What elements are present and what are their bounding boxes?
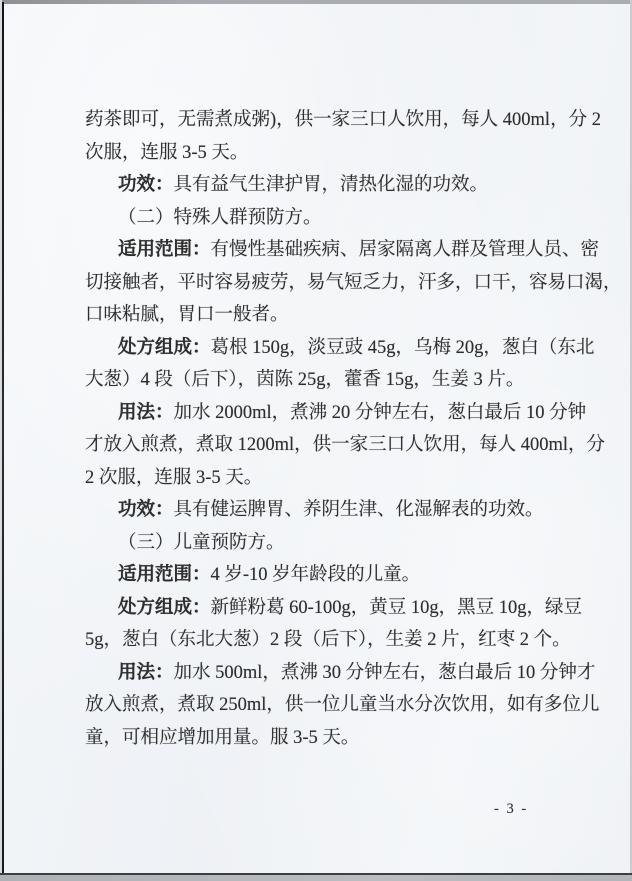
text-segment: 药茶即可，无需煮成粥)，供一家三口人饮用，每人 400ml，分 2 [85,110,601,130]
text-segment: 加水 2000ml，煮沸 20 分钟左右，葱白最后 10 分钟 [174,403,587,423]
document-line: 适用范围：4 岁-10 岁年龄段的儿童。 [85,559,558,592]
field-label: 适用范围： [118,240,211,260]
text-segment: 大葱）4 段（后下），茵陈 25g，藿香 15g，生姜 3 片。 [85,370,524,390]
scan-edge-bottom-band [0,875,632,881]
field-label: 用法： [118,403,174,423]
text-segment: 切接触者，平时容易疲劳，易气短乏力，汗多，口干，容易口渴， [85,273,622,293]
document-line: 次服，连服 3-5 天。 [85,137,558,170]
text-segment: 新鲜粉葛 60-100g，黄豆 10g，黑豆 10g，绿豆 [211,598,583,618]
text-segment: 5g，葱白（东北大葱）2 段（后下），生姜 2 片，红枣 2 个。 [85,630,571,650]
scanned-document-screenshot: 药茶即可，无需煮成粥)，供一家三口人饮用，每人 400ml，分 2次服，连服 3… [0,0,632,881]
text-segment: 放入煎煮，煮取 250ml，供一位儿童当水分次饮用，如有多位儿 [85,695,599,715]
text-segment: 口味粘腻，胃口一般者。 [85,305,289,325]
document-line: 5g，葱白（东北大葱）2 段（后下），生姜 2 片，红枣 2 个。 [85,624,558,657]
scan-spine-shadow-line [2,2,4,875]
field-label: 用法： [118,663,174,683]
document-line: 适用范围：有慢性基础疾病、居家隔离人群及管理人员、密 [85,234,558,267]
text-segment: 加水 500ml，煮沸 30 分钟左右，葱白最后 10 分钟才 [174,663,596,683]
document-line: 药茶即可，无需煮成粥)，供一家三口人饮用，每人 400ml，分 2 [85,104,558,137]
scan-edge-top [0,0,632,4]
paper-page: 药茶即可，无需煮成粥)，供一家三口人饮用，每人 400ml，分 2次服，连服 3… [0,0,632,875]
text-segment: 次服，连服 3-5 天。 [85,143,248,163]
document-line: 用法：加水 500ml，煮沸 30 分钟左右，葱白最后 10 分钟才 [85,657,558,690]
document-line: 大葱）4 段（后下），茵陈 25g，藿香 15g，生姜 3 片。 [85,364,558,397]
text-segment: 2 次服，连服 3-5 天。 [85,468,262,488]
document-line: 功效：具有健运脾胃、养阴生津、化湿解表的功效。 [85,494,558,527]
document-line: 切接触者，平时容易疲劳，易气短乏力，汗多，口干，容易口渴， [85,267,558,300]
text-segment: 童，可相应增加用量。服 3-5 天。 [85,728,359,748]
field-label: 功效： [118,175,174,195]
document-line: 功效：具有益气生津护胃，清热化湿的功效。 [85,169,558,202]
field-label: 适用范围： [118,565,211,585]
field-label: 处方组成： [118,338,211,358]
document-line: 口味粘腻，胃口一般者。 [85,299,558,332]
document-line: 处方组成：葛根 150g，淡豆豉 45g，乌梅 20g，葱白（东北 [85,332,558,365]
text-segment: 有慢性基础疾病、居家隔离人群及管理人员、密 [211,240,600,260]
document-line: 才放入煎煮，煮取 1200ml，供一家三口人饮用，每人 400ml，分 [85,429,558,462]
text-segment: 葛根 150g，淡豆豉 45g，乌梅 20g，葱白（东北 [211,338,595,358]
document-line: （三）儿童预防方。 [85,527,558,560]
document-body: 药茶即可，无需煮成粥)，供一家三口人饮用，每人 400ml，分 2次服，连服 3… [85,104,558,754]
text-segment: 4 岁-10 岁年龄段的儿童。 [211,565,421,585]
text-segment: 才放入煎煮，煮取 1200ml，供一家三口人饮用，每人 400ml，分 [85,435,605,455]
page-number: - 3 - [494,801,554,818]
field-label: 处方组成： [118,598,211,618]
text-segment: 具有益气生津护胃，清热化湿的功效。 [174,175,489,195]
document-line: （二）特殊人群预防方。 [85,202,558,235]
document-line: 处方组成：新鲜粉葛 60-100g，黄豆 10g，黑豆 10g，绿豆 [85,592,558,625]
document-line: 2 次服，连服 3-5 天。 [85,462,558,495]
field-label: 功效： [118,500,174,520]
document-line: 童，可相应增加用量。服 3-5 天。 [85,722,558,755]
document-line: 放入煎煮，煮取 250ml，供一位儿童当水分次饮用，如有多位儿 [85,689,558,722]
text-segment: （二）特殊人群预防方。 [118,208,322,228]
text-segment: （三）儿童预防方。 [118,533,285,553]
text-segment: 具有健运脾胃、养阴生津、化湿解表的功效。 [174,500,544,520]
document-line: 用法：加水 2000ml，煮沸 20 分钟左右，葱白最后 10 分钟 [85,397,558,430]
